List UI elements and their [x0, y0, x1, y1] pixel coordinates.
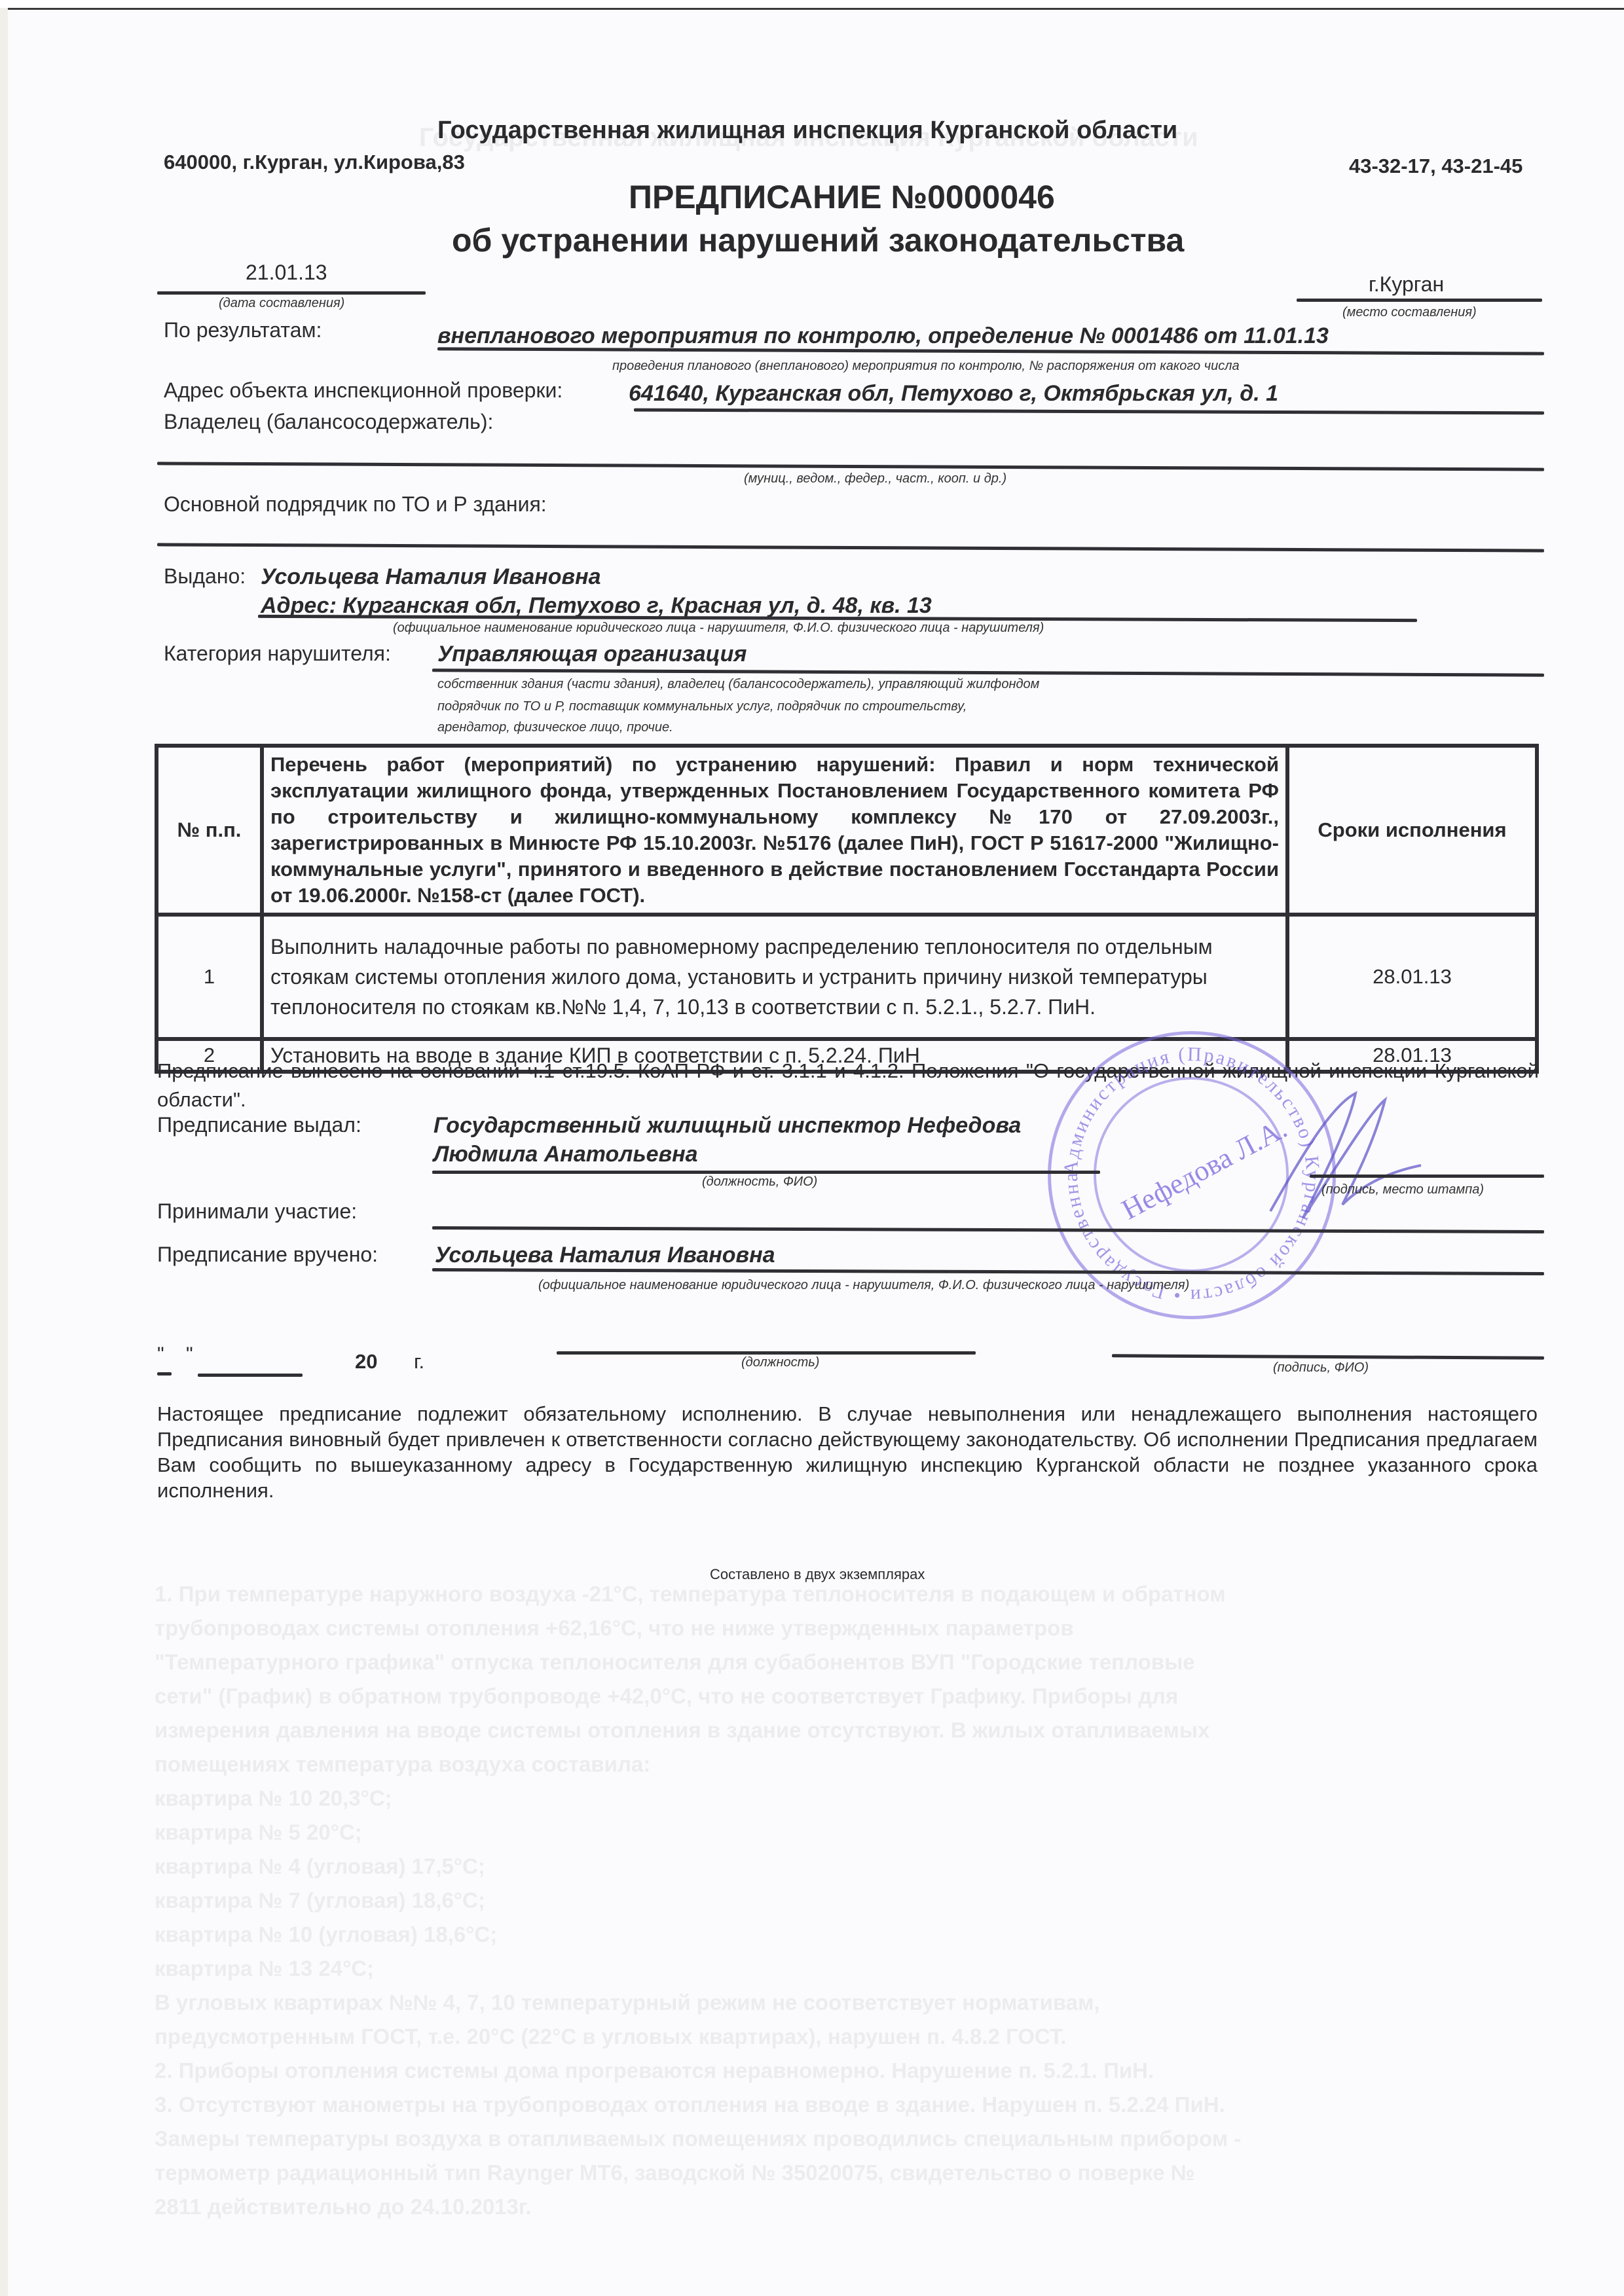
- paper-left-edge: [0, 8, 8, 2296]
- date-quote-open: ": [157, 1343, 164, 1366]
- column-header-num: № п.п.: [157, 746, 262, 915]
- contractor-underline: [157, 543, 1544, 552]
- place-hint: (место составления): [1342, 305, 1477, 320]
- ghost-line: трубопроводах системы отопления +62,16°С…: [155, 1612, 1074, 1645]
- paper-top-edge: [0, 0, 1624, 10]
- delivered-value: Усольцева Наталия Ивановна: [435, 1243, 775, 1268]
- delivered-hint: (официальное наименование юридического л…: [538, 1278, 1189, 1293]
- issued-by-hint: (должность, ФИО): [702, 1175, 817, 1190]
- ghost-line: 2811 действительно до 24.10.2013г.: [155, 2191, 532, 2223]
- date-day-underline: [157, 1372, 172, 1376]
- date-year-suffix: г.: [414, 1350, 424, 1374]
- issued-by-label: Предписание выдал:: [157, 1113, 361, 1137]
- violator-category-hint-1: собственник здания (части здания), владе…: [437, 677, 1039, 692]
- column-header-work: Перечень работ (мероприятий) по устранен…: [270, 752, 1279, 909]
- ghost-line: "Температурного графика" отпуска теплоно…: [155, 1646, 1195, 1679]
- object-address-value: 641640, Курганская обл, Петухово г, Октя…: [629, 381, 1278, 407]
- signature-underline: [1310, 1175, 1544, 1178]
- issued-to-hint: (официальное наименование юридического л…: [393, 621, 1044, 636]
- date-underline: [157, 291, 426, 295]
- organization-address: 640000, г.Курган, ул.Кирова,83: [164, 151, 465, 174]
- position-hint: (должность): [741, 1355, 819, 1370]
- violator-category-value: Управляющая организация: [437, 642, 747, 667]
- ghost-line: измерения давления на вводе системы отоп…: [155, 1714, 1209, 1747]
- ghost-line: квартира № 7 (угловая) 18,6°С;: [155, 1884, 485, 1917]
- ghost-line: Замеры температуры воздуха в отапливаемы…: [155, 2123, 1241, 2155]
- violator-category-hint-2: подрядчик по ТО и Р, поставщик коммуналь…: [437, 699, 967, 714]
- date-value: 21.01.13: [246, 261, 327, 285]
- organization-name: Государственная жилищная инспекция Курга…: [437, 117, 1177, 145]
- date-month-underline: [198, 1374, 303, 1377]
- ghost-line: предусмотренным ГОСТ, т.е. 20°С (22°С в …: [155, 2020, 1067, 2053]
- violator-category-label: Категория нарушителя:: [164, 642, 391, 666]
- notice-text: Настоящее предписание подлежит обязатель…: [157, 1401, 1538, 1503]
- issued-to-label: Выдано:: [164, 564, 246, 589]
- violator-category-hint-3: арендатор, физическое лицо, прочие.: [437, 720, 673, 735]
- results-label: По результатам:: [164, 318, 322, 342]
- ghost-line: квартира № 13 24°С;: [155, 1952, 374, 1985]
- copies-note: Составлено в двух экземплярах: [710, 1566, 925, 1583]
- signature-icon: [1257, 1087, 1428, 1231]
- results-value: внепланового мероприятия по контролю, оп…: [437, 323, 1329, 349]
- page-subtitle: об устранении нарушений законодательства: [452, 221, 1184, 259]
- owner-underline: [157, 462, 1544, 471]
- date-quote-close: ": [186, 1343, 193, 1366]
- ghost-line: квартира № 10 20,3°С;: [155, 1782, 392, 1815]
- object-address-underline: [634, 409, 1544, 415]
- issued-by-value-line2: Людмила Анатольевна: [434, 1142, 698, 1167]
- remedies-table: № п.п. Перечень работ (мероприятий) по у…: [155, 744, 1539, 1074]
- ghost-line: 1. При температуре наружного воздуха -21…: [155, 1578, 1226, 1611]
- row-num: 1: [157, 915, 262, 1039]
- ghost-line: 2. Приборы отопления системы дома прогре…: [155, 2054, 1154, 2087]
- ghost-line: сети" (График) в обратном трубопроводе +…: [155, 1680, 1178, 1713]
- ghost-line: помещениях температура воздуха составила…: [155, 1748, 650, 1781]
- ghost-line: В угловых квартирах №№ 4, 7, 10 температ…: [155, 1986, 1100, 2019]
- violator-category-underline: [432, 668, 1544, 676]
- contractor-label: Основной подрядчик по ТО и Р здания:: [164, 492, 547, 517]
- table-row: 1 Выполнить наладочные работы по равноме…: [157, 915, 1537, 1039]
- results-hint: проведения планового (внепланового) меро…: [612, 359, 1240, 374]
- delivered-underline: [432, 1268, 1544, 1275]
- issued-to-name: Усольцева Наталия Ивановна: [261, 564, 601, 590]
- row-term: 28.01.13: [1287, 915, 1537, 1039]
- column-header-term: Сроки исполнения: [1287, 746, 1537, 915]
- issued-by-value-line1: Государственный жилищный инспектор Нефед…: [434, 1113, 1021, 1139]
- ghost-line: термометр радиационный тип Raynger MT6, …: [155, 2157, 1195, 2189]
- delivered-label: Предписание вручено:: [157, 1243, 378, 1267]
- row-work: Выполнить наладочные работы по равномерн…: [262, 915, 1287, 1039]
- sign-fio-hint: (подпись, ФИО): [1273, 1360, 1369, 1376]
- place-value: г.Курган: [1369, 272, 1444, 297]
- date-year: 20: [355, 1350, 377, 1374]
- participants-label: Принимали участие:: [157, 1199, 357, 1224]
- ghost-line: квартира № 5 20°С;: [155, 1816, 362, 1849]
- ghost-line: 3. Отсутствуют манометры на трубопровода…: [155, 2088, 1225, 2121]
- organization-phones: 43-32-17, 43-21-45: [1349, 155, 1522, 178]
- issued-by-underline: [432, 1171, 1100, 1174]
- place-underline: [1297, 299, 1542, 302]
- page-title: ПРЕДПИСАНИЕ №0000046: [629, 178, 1055, 216]
- owner-label: Владелец (балансосодержатель):: [164, 410, 493, 434]
- position-underline: [557, 1351, 976, 1355]
- owner-hint: (муниц., ведом., федер., част., коoп. и …: [744, 471, 1006, 486]
- object-address-label: Адрес объекта инспекционной проверки:: [164, 378, 563, 403]
- date-hint: (дата составления): [219, 296, 344, 311]
- sign-fio-underline: [1112, 1354, 1544, 1359]
- signature-hint: (подпись, место штампа): [1321, 1182, 1484, 1197]
- ghost-line: квартира № 10 (угловая) 18,6°С;: [155, 1918, 497, 1951]
- table-header-row: № п.п. Перечень работ (мероприятий) по у…: [157, 746, 1537, 915]
- ghost-line: квартира № 4 (угловая) 17,5°С;: [155, 1850, 485, 1883]
